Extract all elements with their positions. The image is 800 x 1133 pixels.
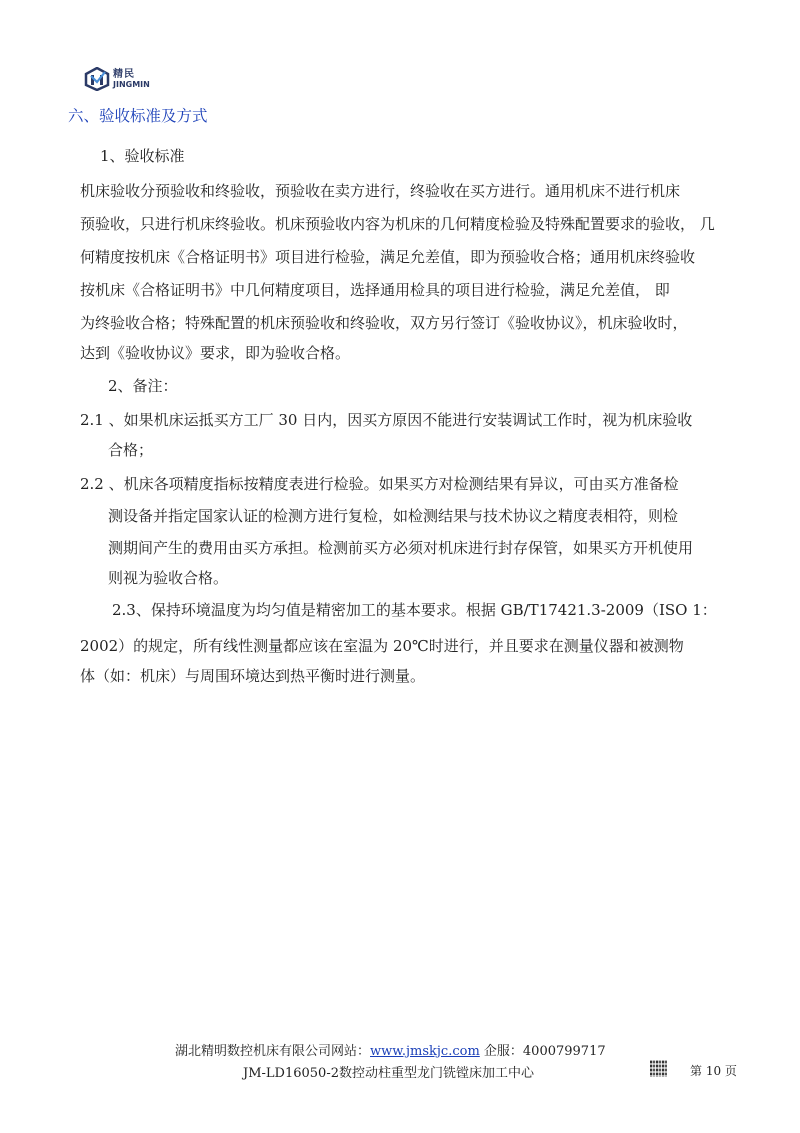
- subsection-heading-acceptance-standard: 1、验收标准: [100, 146, 185, 166]
- note-2-2-line: 则视为验收合格。: [108, 568, 228, 588]
- paragraph-line: 达到《验收协议》要求，即为验收合格。: [80, 343, 350, 363]
- jingmin-logo-icon: [84, 67, 110, 91]
- paragraph-line: 何精度按机床《合格证明书》项目进行检验，满足允差值，即为预验收合格；通用机床终验…: [80, 247, 695, 267]
- paragraph-line: 预验收，只进行机床终验收。机床预验收内容为机床的几何精度检验及特殊配置要求的验收…: [80, 214, 715, 234]
- note-2-1-line: 合格；: [108, 440, 153, 460]
- paragraph-line: 按机床《合格证明书》中几何精度项目，选择通用检具的项目进行检验，满足允差值， 即: [80, 280, 670, 300]
- footer-company-name: 湖北精明数控机床有限公司网站：: [175, 1044, 370, 1059]
- note-2-2-line: 测设备并指定国家认证的检测方进行复检，如检测结果与技术协议之精度表相符，则检: [108, 506, 678, 526]
- paragraph-line: 为终验收合格；特殊配置的机床预验收和终验收，双方另行签订《验收协议》，机床验收时…: [80, 313, 688, 333]
- subsection-heading-notes: 2、备注：: [108, 376, 178, 396]
- note-2-3-line: 2.3、保持环境温度为均匀值是精密加工的基本要求。根据 GB/T17421.3-…: [112, 600, 717, 620]
- footer-service-phone: 企服：4000799717: [480, 1044, 606, 1059]
- note-2-2-line: 2.2 、机床各项精度指标按精度表进行检验。如果买方对检测结果有异议，可由买方准…: [80, 474, 679, 494]
- page-number: 第 10 页: [690, 1062, 737, 1079]
- note-2-3-line: 2002）的规定，所有线性测量都应该在室温为 20℃时进行，并且要求在测量仪器和…: [80, 636, 684, 656]
- section-title: 六、验收标准及方式: [68, 104, 208, 126]
- logo-english-text: JINGMIN: [113, 81, 150, 89]
- footer-product-name: JM-LD16050-2数控动柱重型龙门铣镗床加工中心: [243, 1062, 534, 1081]
- qr-code-icon: [650, 1060, 667, 1077]
- note-2-3-line: 体（如：机床）与周围环境达到热平衡时进行测量。: [80, 666, 425, 686]
- company-logo: 精民 JINGMIN: [84, 66, 164, 92]
- paragraph-line: 机床验收分预验收和终验收，预验收在卖方进行，终验收在买方进行。通用机床不进行机床: [80, 181, 680, 201]
- footer-website-link[interactable]: www.jmskjc.com: [370, 1044, 480, 1059]
- logo-chinese-text: 精民: [113, 70, 150, 80]
- note-2-2-line: 测期间产生的费用由买方承担。检测前买方必须对机床进行封存保管，如果买方开机使用: [108, 538, 693, 558]
- footer-company-line: 湖北精明数控机床有限公司网站：www.jmskjc.com 企服：4000799…: [175, 1040, 606, 1059]
- note-2-1-line: 2.1 、如果机床运抵买方工厂 30 日内，因买方原因不能进行安装调试工作时，视…: [80, 410, 692, 430]
